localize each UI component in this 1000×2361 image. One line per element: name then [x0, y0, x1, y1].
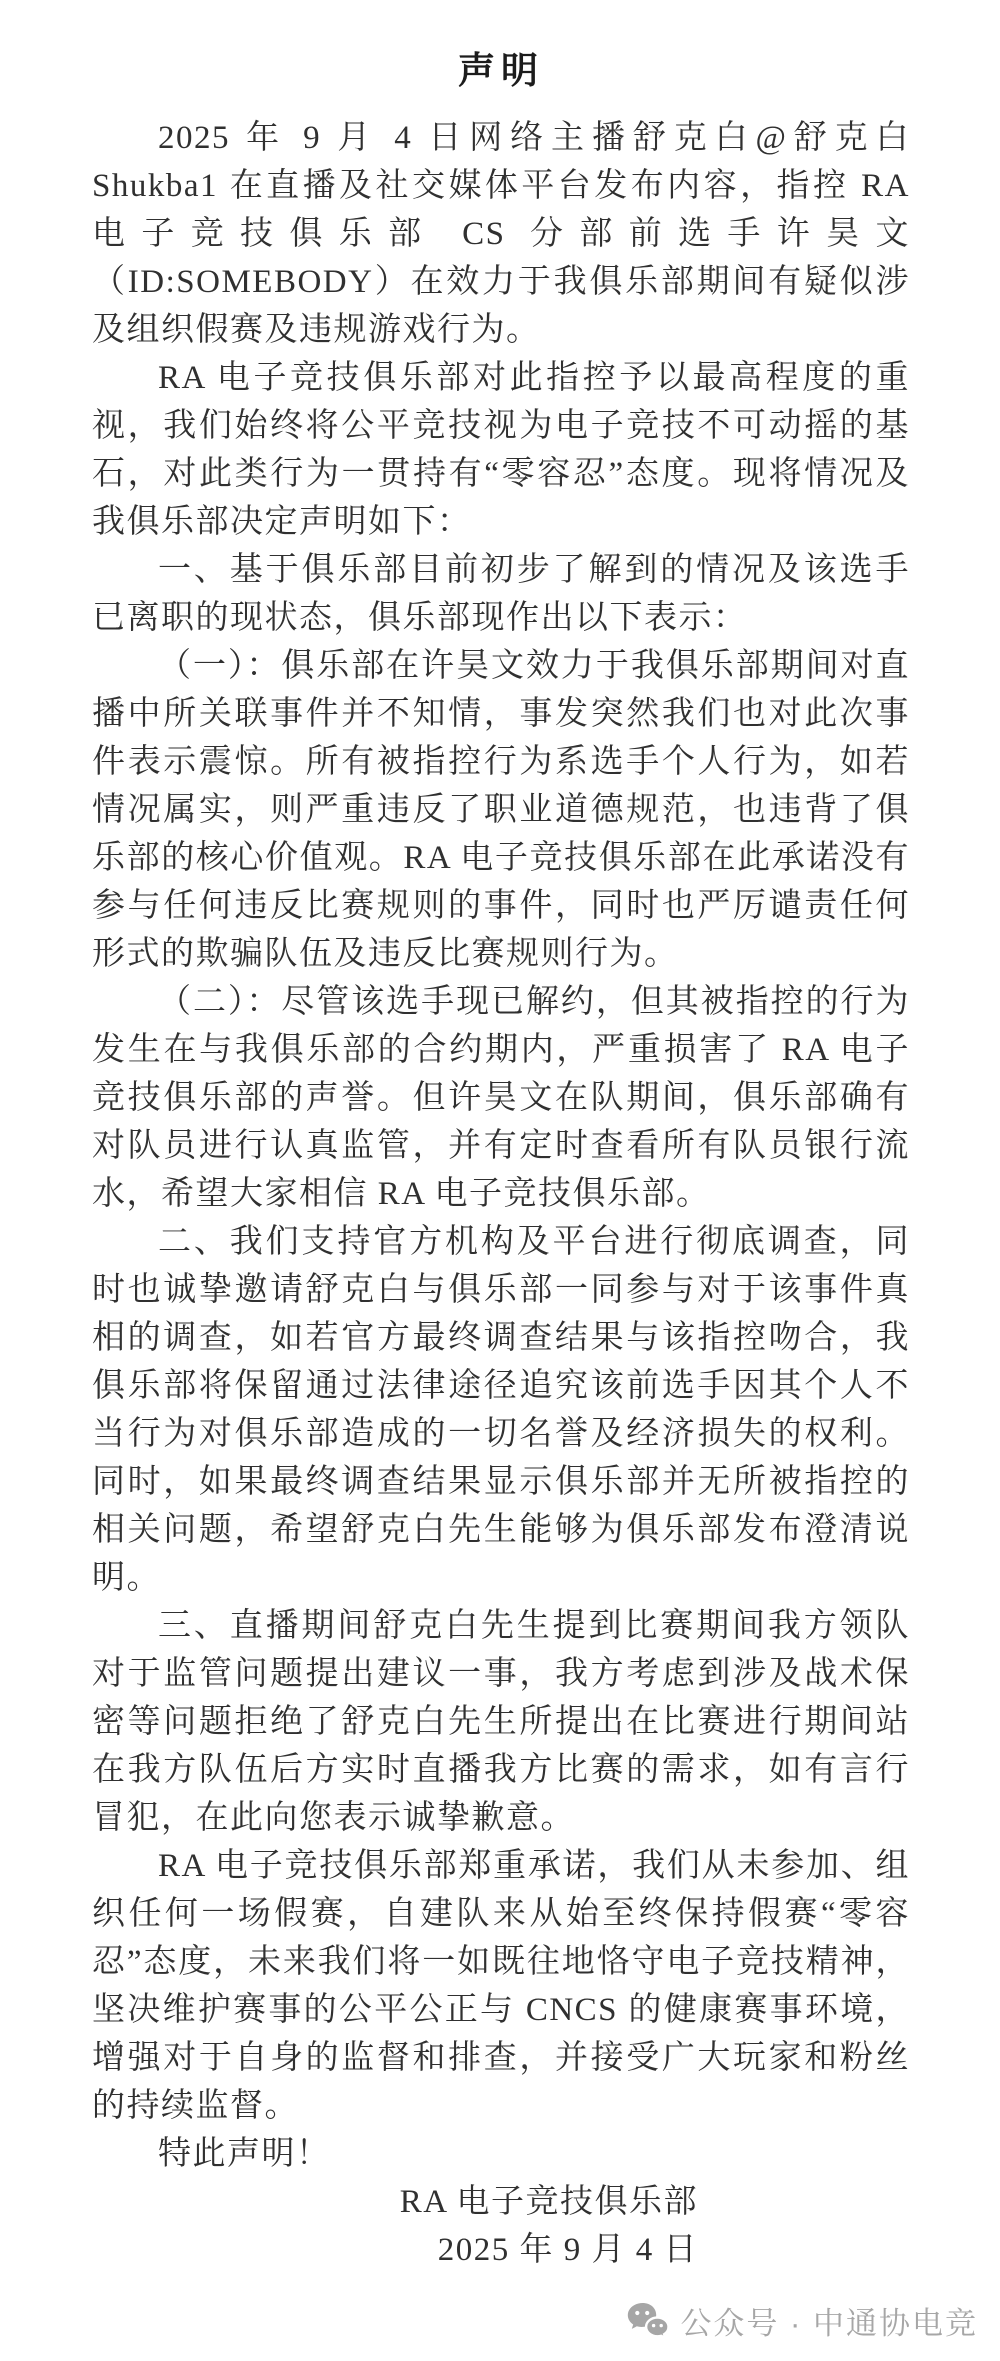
signature-date: 2025 年 9 月 4 日 — [92, 2226, 698, 2274]
statement-paragraph: 特此声明！ — [92, 2130, 910, 2178]
signature-block: RA 电子竞技俱乐部 2025 年 9 月 4 日 — [92, 2178, 910, 2274]
statement-paragraph: （一）：俱乐部在许昊文效力于我俱乐部期间对直播中所关联事件并不知情，事发突然我们… — [92, 642, 910, 978]
signature-organization: RA 电子竞技俱乐部 — [92, 2178, 698, 2226]
statement-paragraph: 二、我们支持官方机构及平台进行彻底调查，同时也诚挚邀请舒克白与俱乐部一同参与对于… — [92, 1218, 910, 1602]
statement-paragraph: 一、基于俱乐部目前初步了解到的情况及该选手已离职的现状态，俱乐部现作出以下表示： — [92, 546, 910, 642]
statement-paragraph: （二）：尽管该选手现已解约，但其被指控的行为发生在与我俱乐部的合约期内，严重损害… — [92, 978, 910, 1218]
wechat-icon — [626, 2302, 670, 2340]
statement-paragraph: 2025 年 9 月 4 日网络主播舒克白@舒克白 Shukba1 在直播及社交… — [92, 114, 910, 354]
wechat-watermark: 公众号 · 中通协电竞 — [626, 2298, 978, 2343]
statement-paragraph: RA 电子竞技俱乐部郑重承诺，我们从未参加、组织任何一场假赛，自建队来从始至终保… — [92, 1842, 910, 2130]
statement-paragraph: RA 电子竞技俱乐部对此指控予以最高程度的重视，我们始终将公平竞技视为电子竞技不… — [92, 354, 910, 546]
statement-body: 2025 年 9 月 4 日网络主播舒克白@舒克白 Shukba1 在直播及社交… — [92, 114, 910, 2178]
statement-document: 声明 2025 年 9 月 4 日网络主播舒克白@舒克白 Shukba1 在直播… — [0, 0, 1000, 2361]
page-title: 声明 — [92, 48, 910, 96]
watermark-label: 公众号 · 中通协电竞 — [680, 2298, 978, 2343]
statement-paragraph: 三、直播期间舒克白先生提到比赛期间我方领队对于监管问题提出建议一事，我方考虑到涉… — [92, 1602, 910, 1842]
